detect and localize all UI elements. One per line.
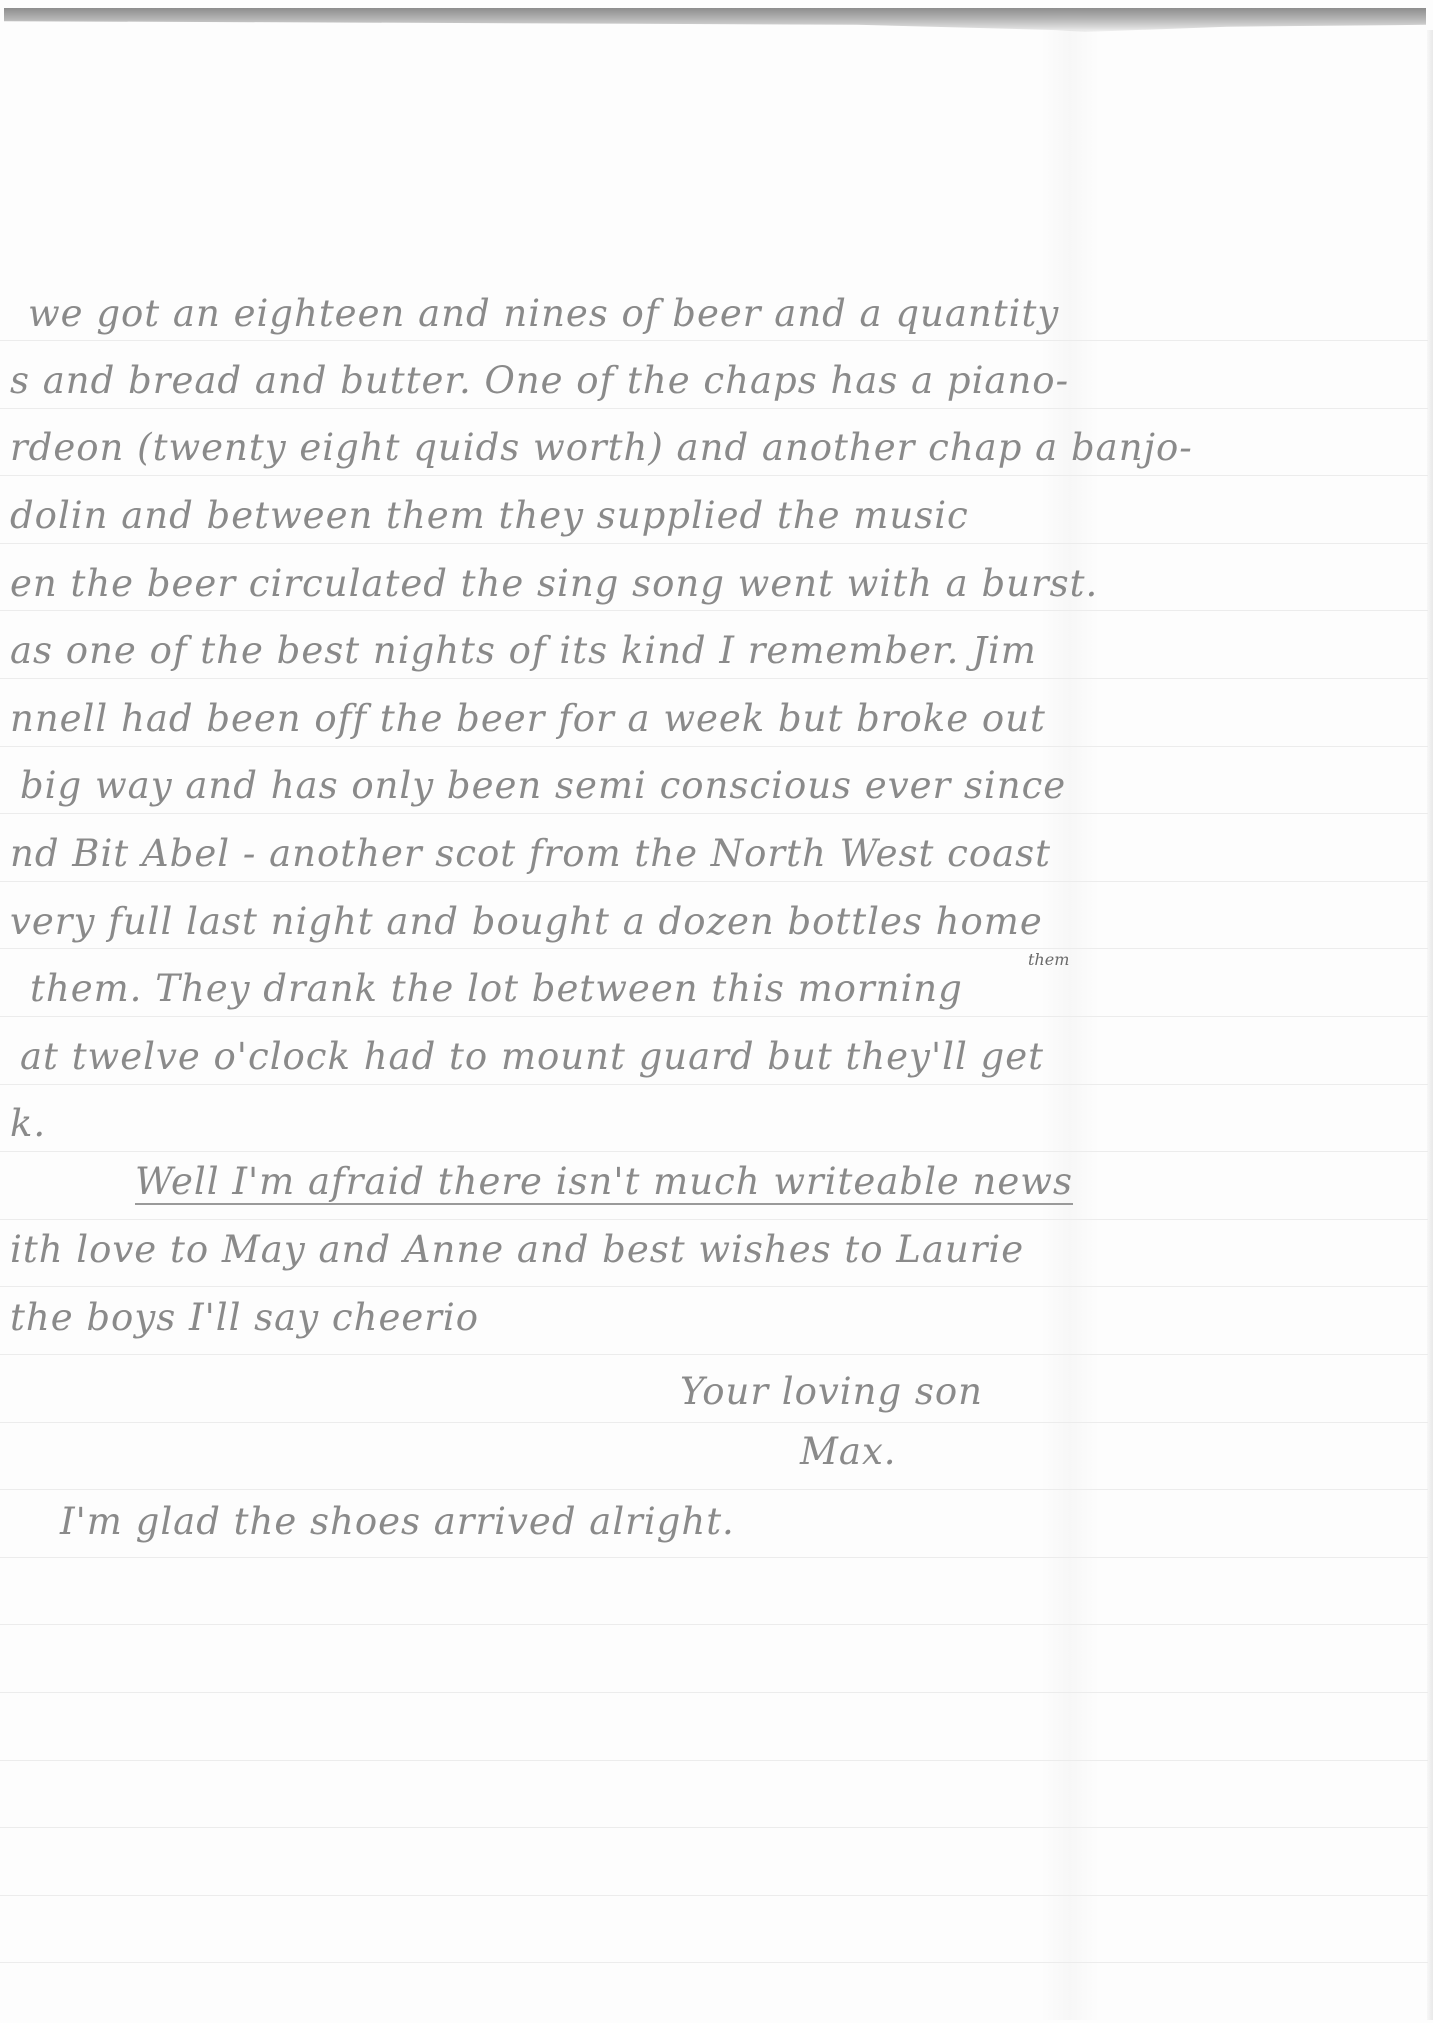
ruled-line bbox=[0, 1624, 1428, 1625]
body-line: them. They drank the lot between this mo… bbox=[30, 967, 963, 1010]
closing-line: Well I'm afraid there isn't much writeab… bbox=[135, 1160, 1073, 1205]
page-edge bbox=[1427, 30, 1433, 2020]
ruled-line bbox=[0, 1692, 1428, 1693]
body-line: nd Bit Abel - another scot from the Nort… bbox=[10, 832, 1051, 875]
ruled-line bbox=[0, 1151, 1428, 1152]
ruled-line bbox=[0, 881, 1428, 882]
body-line: k. bbox=[10, 1102, 46, 1145]
ruled-line bbox=[0, 1084, 1428, 1085]
closing-line: the boys I'll say cheerio bbox=[10, 1296, 479, 1339]
body-line: very full last night and bought a dozen … bbox=[10, 900, 1043, 943]
ruled-line bbox=[0, 1286, 1428, 1287]
postscript: I'm glad the shoes arrived alright. bbox=[60, 1500, 735, 1543]
ruled-line bbox=[0, 813, 1428, 814]
closing-line: ith love to May and Anne and best wishes… bbox=[10, 1228, 1024, 1271]
body-line: s and bread and butter. One of the chaps… bbox=[10, 359, 1069, 402]
ruled-line bbox=[0, 1422, 1428, 1423]
ruled-line bbox=[0, 1827, 1428, 1828]
ruled-line bbox=[0, 1354, 1428, 1355]
ruled-line bbox=[0, 610, 1428, 611]
ruled-line bbox=[0, 948, 1428, 949]
scanner-shadow bbox=[4, 8, 1426, 32]
body-line: big way and has only been semi conscious… bbox=[20, 764, 1066, 807]
letter-page: we got an eighteen and nines of beer and… bbox=[0, 0, 1433, 2023]
ruled-line bbox=[0, 475, 1428, 476]
ruled-line bbox=[0, 1962, 1428, 1963]
signature: Max. bbox=[800, 1430, 897, 1473]
ruled-line bbox=[0, 1760, 1428, 1761]
ruled-line bbox=[0, 1895, 1428, 1896]
body-line: rdeon (twenty eight quids worth) and ano… bbox=[10, 426, 1193, 469]
ruled-line bbox=[0, 1489, 1428, 1490]
ruled-line bbox=[0, 1016, 1428, 1017]
ruled-line bbox=[0, 1557, 1428, 1558]
body-line: at twelve o'clock had to mount guard but… bbox=[20, 1035, 1044, 1078]
ruled-line bbox=[0, 746, 1428, 747]
signoff: Your loving son bbox=[680, 1370, 983, 1413]
ruled-line bbox=[0, 408, 1428, 409]
ruled-line bbox=[0, 340, 1428, 341]
ruled-line bbox=[0, 1219, 1428, 1220]
ruled-line bbox=[0, 678, 1428, 679]
ruled-line bbox=[0, 543, 1428, 544]
inserted-word: them bbox=[1028, 950, 1069, 969]
body-line: as one of the best nights of its kind I … bbox=[10, 629, 1037, 672]
body-line: we got an eighteen and nines of beer and… bbox=[28, 292, 1059, 335]
body-line: dolin and between them they supplied the… bbox=[10, 494, 969, 537]
body-line: en the beer circulated the sing song wen… bbox=[10, 562, 1098, 605]
body-line: nnell had been off the beer for a week b… bbox=[10, 697, 1046, 740]
